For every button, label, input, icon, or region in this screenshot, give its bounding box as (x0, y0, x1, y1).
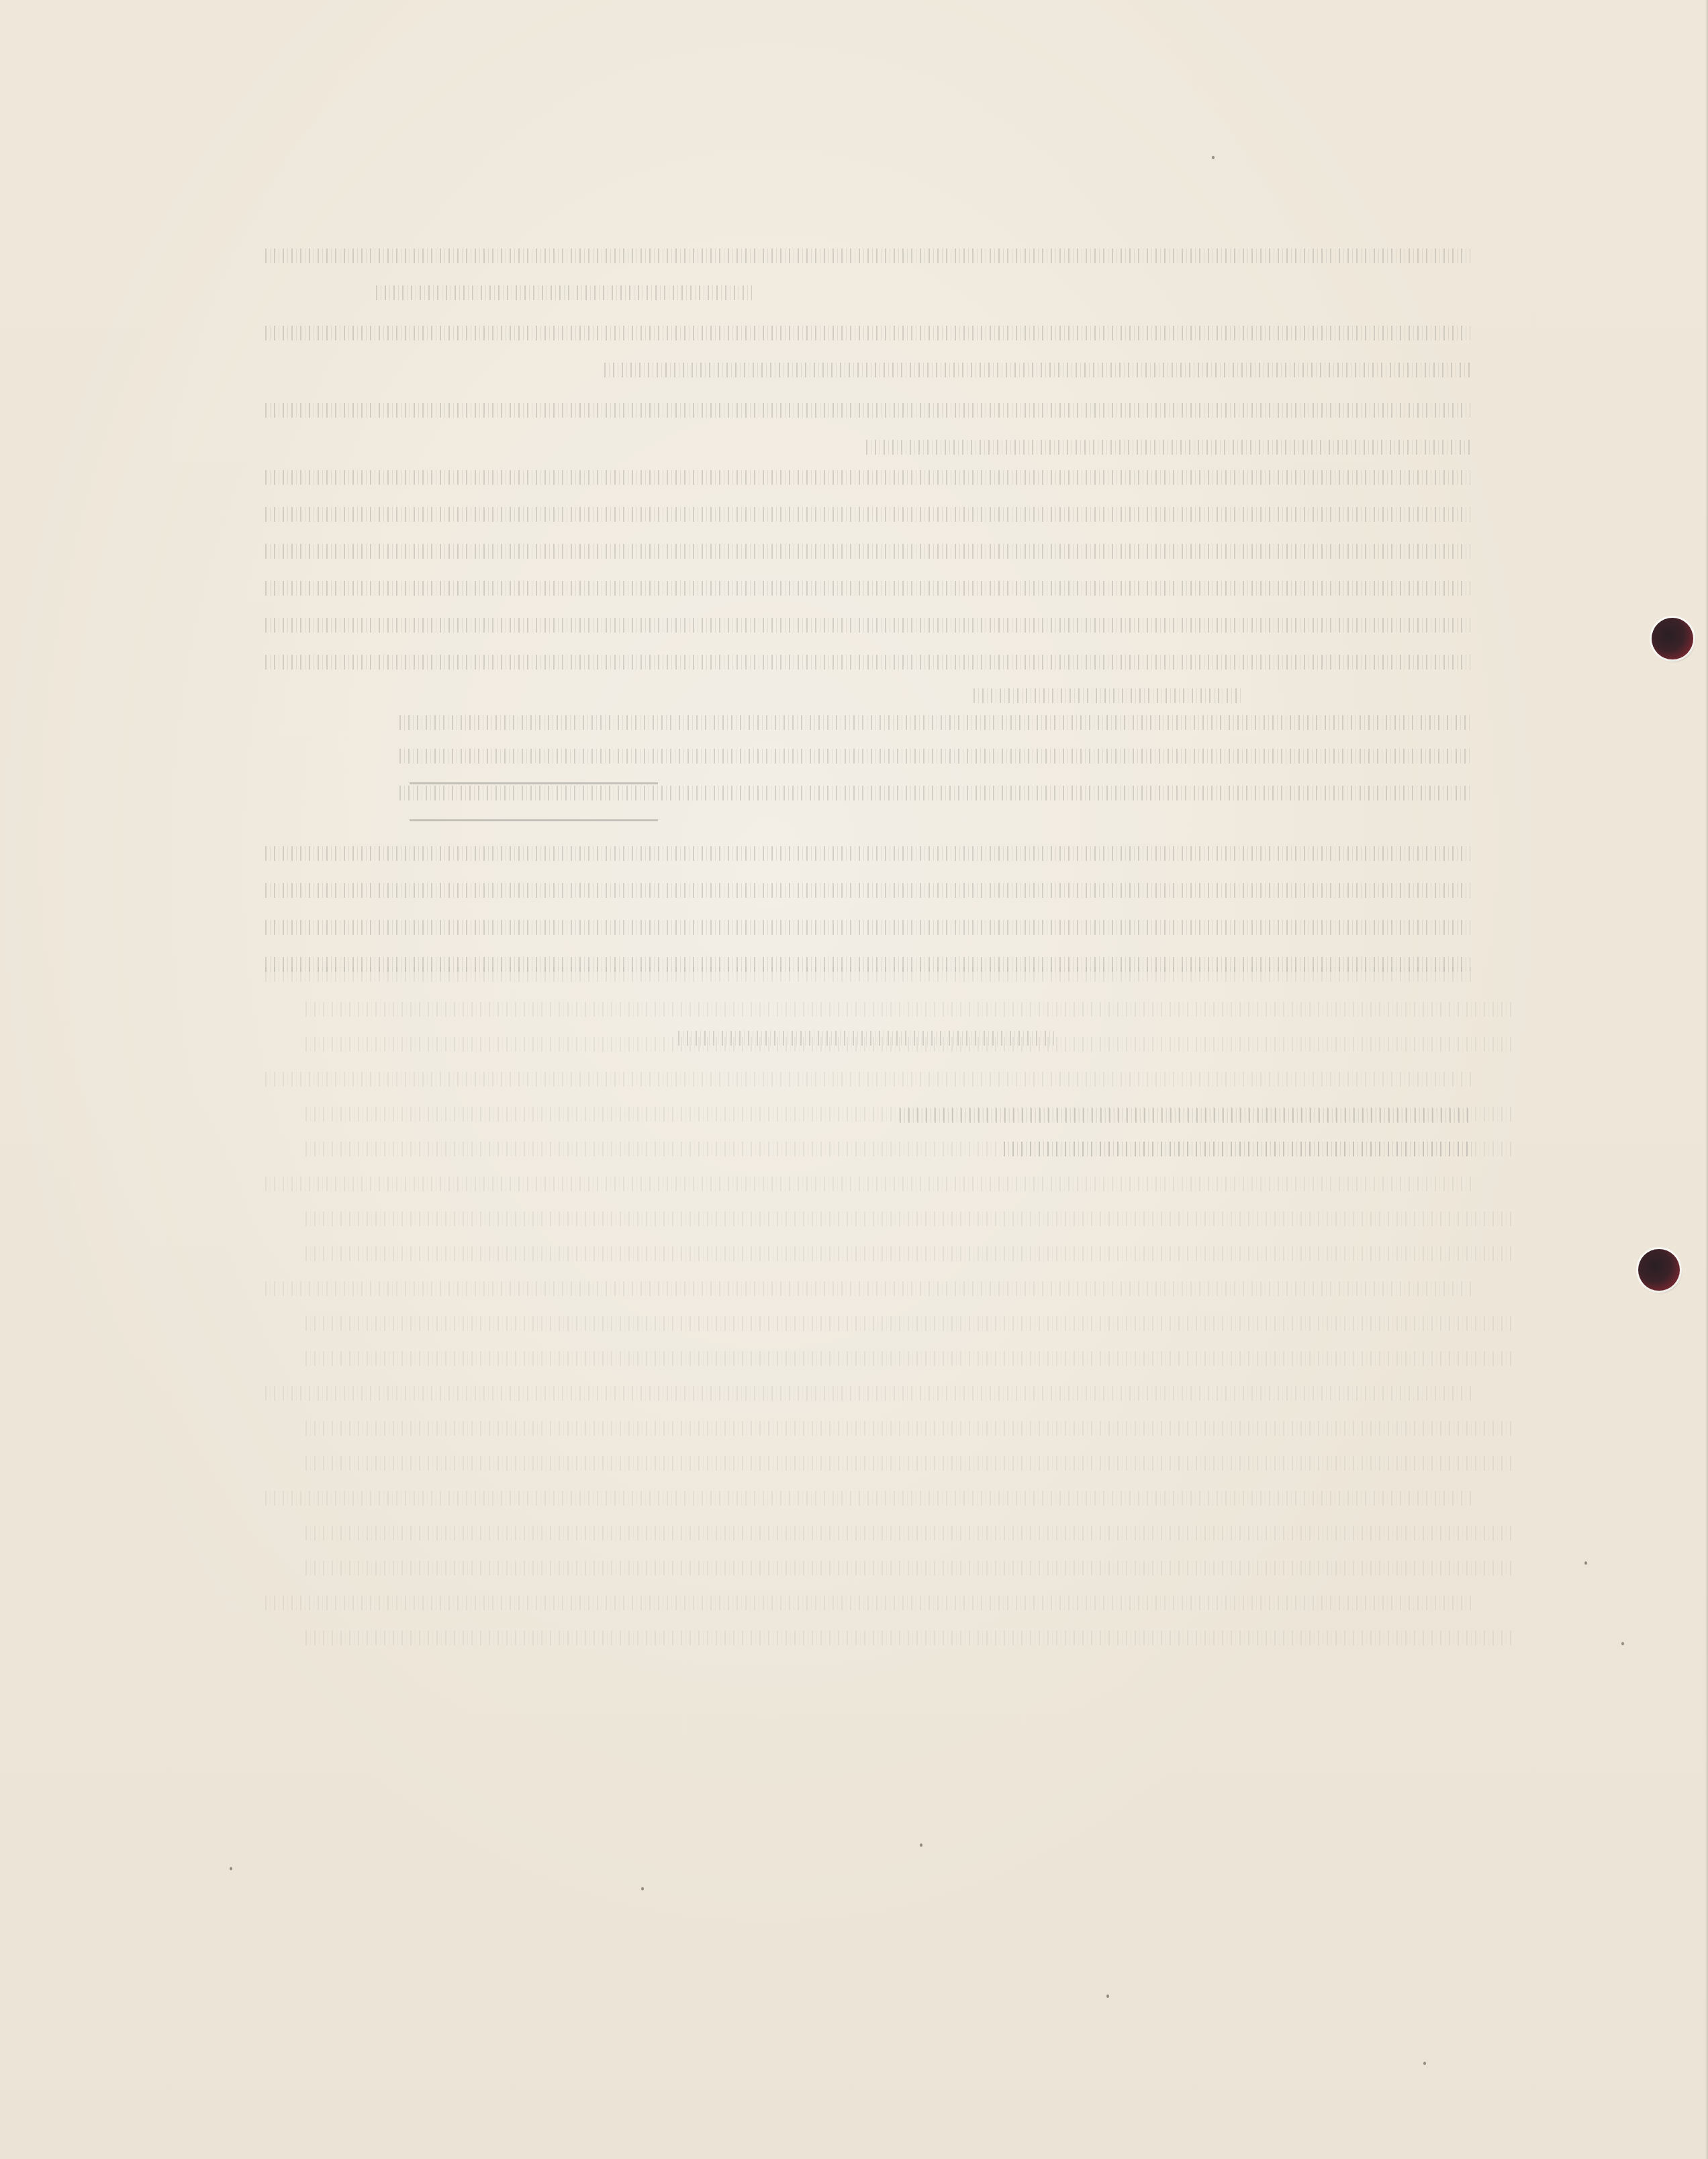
bleed-through-line (265, 967, 1474, 982)
bleed-through-rule (410, 819, 658, 821)
paper-speck (1423, 2062, 1426, 2065)
bleed-through-line (399, 749, 1470, 764)
paper-speck (641, 1887, 644, 1890)
bleed-through-line (265, 883, 1470, 898)
document-page (0, 0, 1708, 2159)
bleed-through-line (265, 326, 1470, 340)
punch-hole-bottom (1638, 1249, 1680, 1291)
bleed-through-line (265, 1072, 1474, 1087)
bleed-through-line (265, 618, 1470, 633)
bleed-through-line (265, 403, 1470, 418)
paper-speck (230, 1867, 232, 1870)
page-edge-shadow (1705, 0, 1708, 2159)
bleed-through-line (305, 1456, 1514, 1471)
bleed-through-line (305, 1561, 1514, 1575)
bleed-through-line (399, 715, 1470, 730)
bleed-through-line (305, 1142, 1514, 1156)
bleed-through-line (305, 1246, 1514, 1261)
bleed-through-line (265, 248, 1470, 263)
bleed-through-line (265, 920, 1470, 935)
bleed-through-line (399, 786, 1470, 800)
bleed-through-line (376, 285, 752, 300)
bleed-through-line (265, 507, 1470, 522)
bleed-through-line (265, 544, 1470, 559)
paper-speck (1621, 1642, 1624, 1645)
bleed-through-line (305, 1351, 1514, 1366)
paper-speck (920, 1843, 922, 1847)
bleed-through-line (305, 1630, 1514, 1645)
paper-speck (1584, 1561, 1587, 1565)
bleed-through-line (305, 1037, 1514, 1052)
bleed-through-line (265, 846, 1470, 861)
punch-hole-top (1652, 618, 1693, 659)
bleed-through-line (265, 1491, 1474, 1506)
bleed-through-line (974, 688, 1242, 703)
bleed-through-line (265, 1281, 1474, 1296)
paper-speck (1106, 1994, 1109, 1998)
bleed-through-line (604, 363, 1470, 377)
bleed-through-line (305, 1316, 1514, 1331)
bleed-through-line (265, 581, 1470, 596)
bleed-through-line (305, 1211, 1514, 1226)
bleed-through-line (265, 1386, 1474, 1401)
bleed-through-line (265, 1177, 1474, 1191)
bleed-through-rule (410, 782, 658, 784)
bleed-through-line (265, 1596, 1474, 1610)
bleed-through-line (305, 1107, 1514, 1121)
paper-speck (1212, 156, 1215, 159)
bleed-through-line (305, 1002, 1514, 1017)
bleed-through-text (0, 0, 1708, 2159)
bleed-through-line (265, 470, 1470, 485)
bleed-through-line (305, 1421, 1514, 1436)
bleed-through-line (305, 1526, 1514, 1541)
bleed-through-line (265, 655, 1470, 670)
bleed-through-line (866, 440, 1470, 455)
